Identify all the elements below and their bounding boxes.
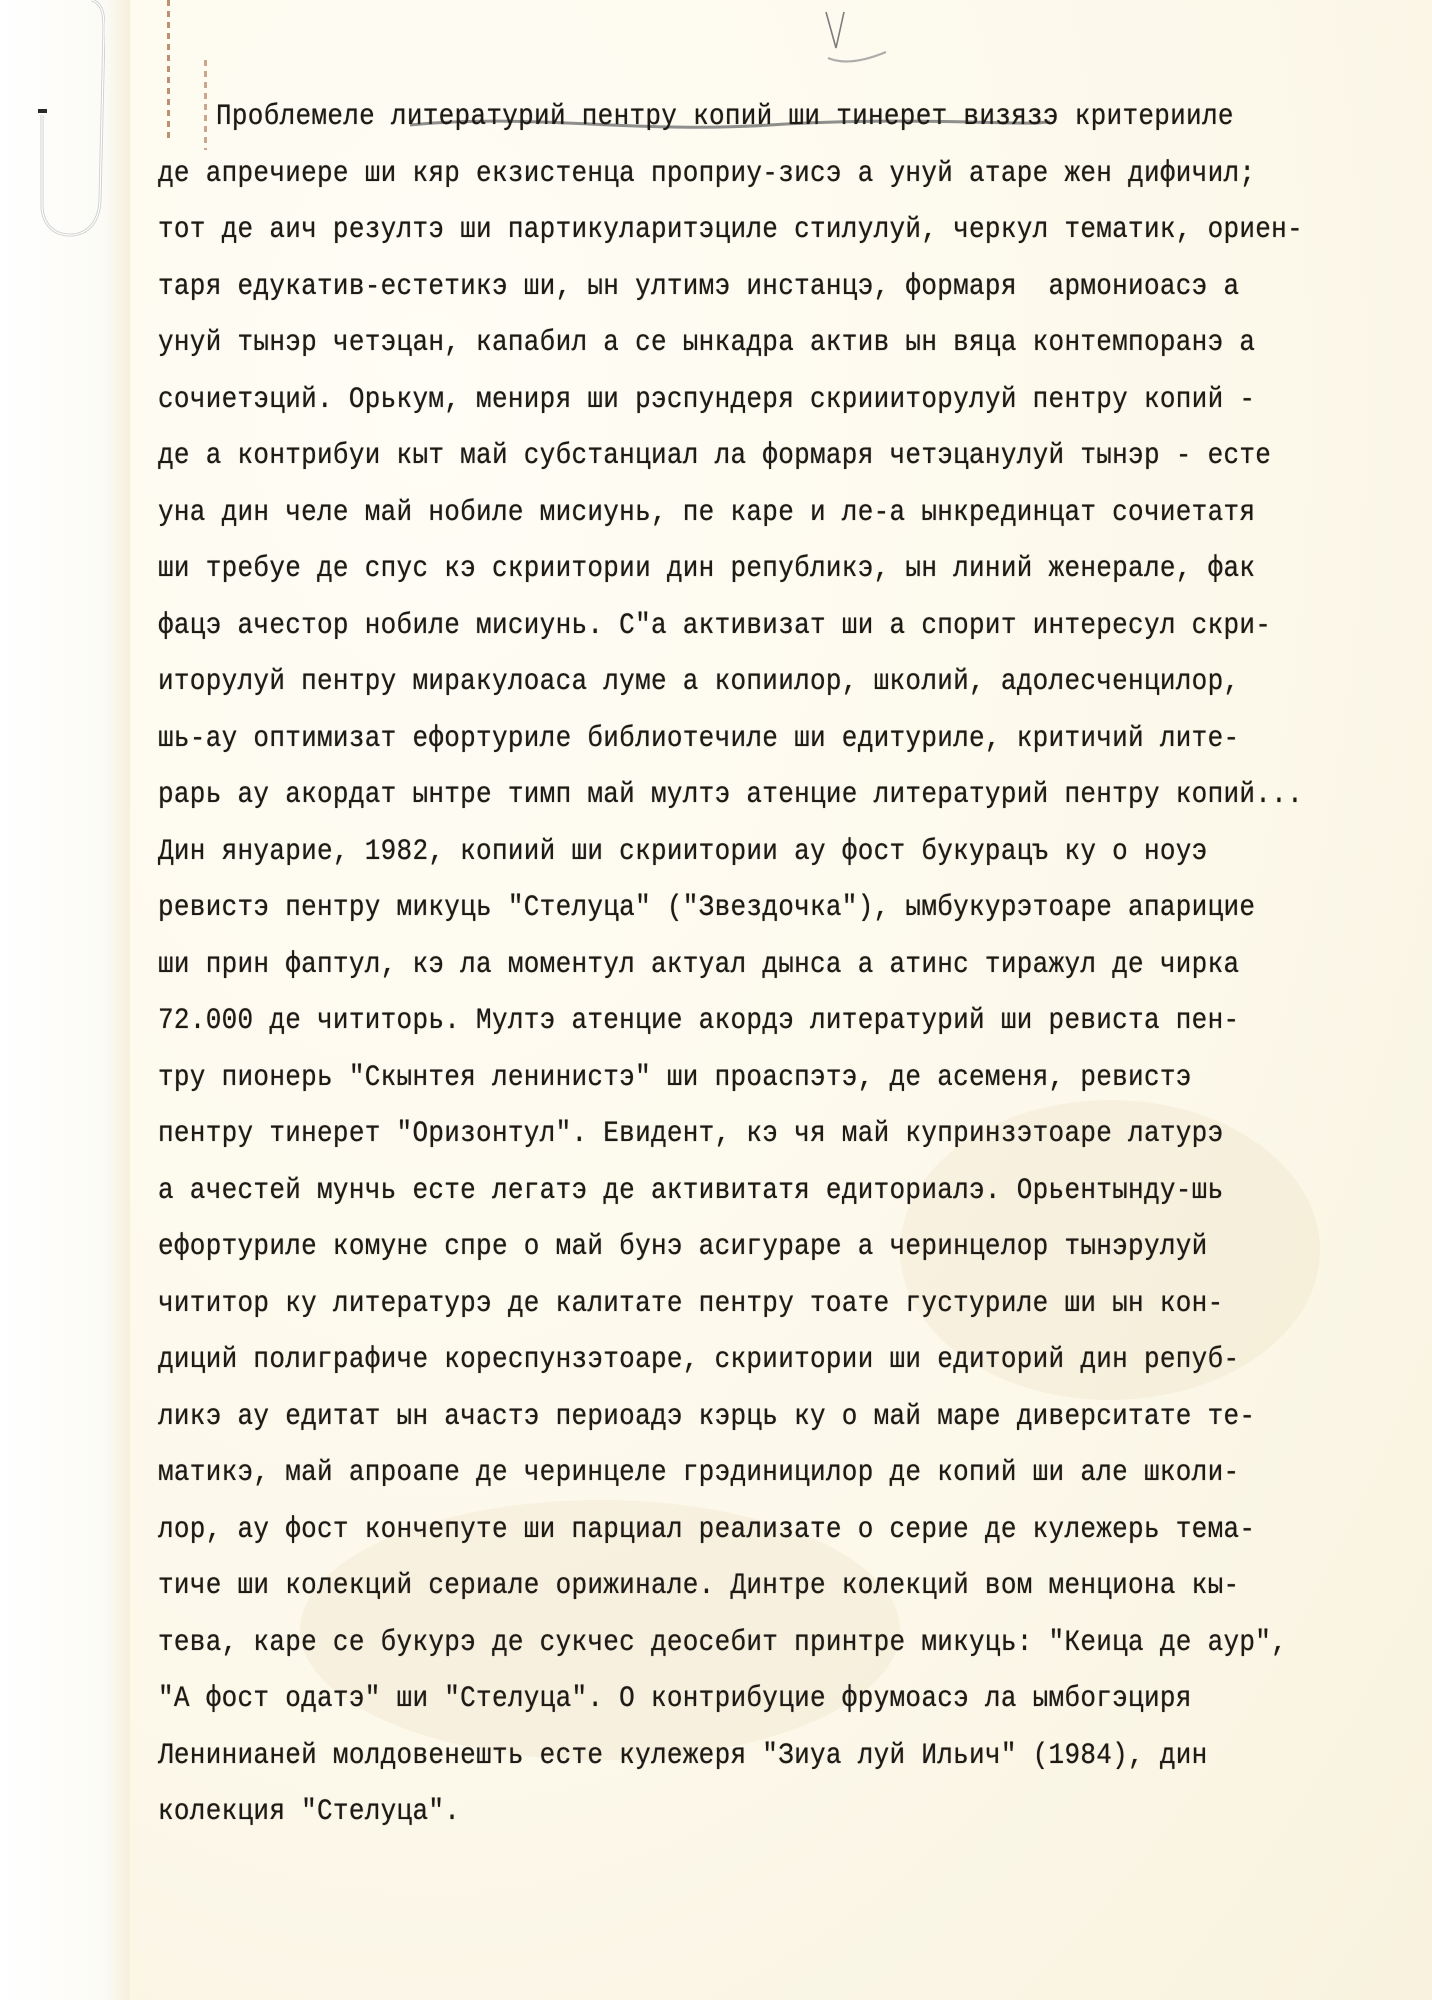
text-line: диций полиграфиче кореспунзэтоаре, скрии… <box>158 1327 1408 1392</box>
text-line: унуй тынэр четэцан, капабил а се ынкадра… <box>158 310 1408 375</box>
check-mark-icon <box>822 8 892 68</box>
text-line: матикэ, май апроапе де черинцеле грэдини… <box>158 1440 1408 1505</box>
text-line: а ачестей мунчь есте легатэ де активитат… <box>158 1157 1408 1222</box>
text-line: де а контрибуи кыт май субстанциал ла фо… <box>158 423 1408 488</box>
text-line: рарь ау акордат ынтре тимп май мултэ ате… <box>158 762 1408 827</box>
text-line: сочиетэций. Орькум, мениря ши рэспундеря… <box>158 366 1408 431</box>
text-line: тиче ши колекций сериале орижинале. Динт… <box>158 1553 1408 1618</box>
text-line: чититор ку литературэ де калитате пентру… <box>158 1270 1408 1335</box>
text-line: ефортуриле комуне спре о май бунэ асигур… <box>158 1214 1408 1279</box>
document-page: Проблемеле литературий пентру копий ши т… <box>0 0 1432 2000</box>
text-line: иторулуй пентру миракулоаса луме а копии… <box>158 649 1408 714</box>
text-line: уна дин челе май нобиле мисиунь, пе каре… <box>158 479 1408 544</box>
typewritten-body: Проблемеле литературий пентру копий ши т… <box>158 88 1408 1840</box>
text-line: тру пионерь "Скынтея ленинистэ" ши проас… <box>158 1044 1408 1109</box>
text-line: колекция "Стелуца". <box>158 1779 1408 1844</box>
text-line: де апречиере ши кяр екзистенца проприу-з… <box>158 140 1408 205</box>
text-line: ши требуе де спус кэ скриитории дин репу… <box>158 536 1408 601</box>
text-line: ши прин фаптул, кэ ла моментул актуал ды… <box>158 931 1408 996</box>
text-line: "А фост одатэ" ши "Стелуца". О контрибуц… <box>158 1666 1408 1731</box>
text-line: фацэ ачестор нобиле мисиунь. С"а активиз… <box>158 592 1408 657</box>
text-line: тева, каре се букурэ де сукчес деосебит … <box>158 1609 1408 1674</box>
text-line: 72.000 де чититорь. Мултэ атенцие акордэ… <box>158 988 1408 1053</box>
text-line: таря едукатив-естетикэ ши, ын ултимэ инс… <box>158 253 1408 318</box>
left-margin <box>0 0 130 2000</box>
text-line: ревистэ пентру микуць "Стелуца" ("Звездо… <box>158 875 1408 940</box>
text-line: Ленинианей молдовенешть есте кулежеря "З… <box>158 1722 1408 1787</box>
text-line: тот де аич резултэ ши партикуларитэциле … <box>158 197 1408 262</box>
text-line: лор, ау фост кончепуте ши парциал реализ… <box>158 1496 1408 1561</box>
text-line: пентру тинерет "Оризонтул". Евидент, кэ … <box>158 1101 1408 1166</box>
text-line: ликэ ау едитат ын ачастэ периоадэ кэрць … <box>158 1383 1408 1448</box>
paper-clip-icon <box>30 0 105 240</box>
text-line: Дин януарие, 1982, копиий ши скриитории … <box>158 818 1408 883</box>
text-line: Проблемеле литературий пентру копий ши т… <box>158 84 1408 149</box>
text-line: шь-ау оптимизат ефортуриле библиотечиле … <box>158 705 1408 770</box>
